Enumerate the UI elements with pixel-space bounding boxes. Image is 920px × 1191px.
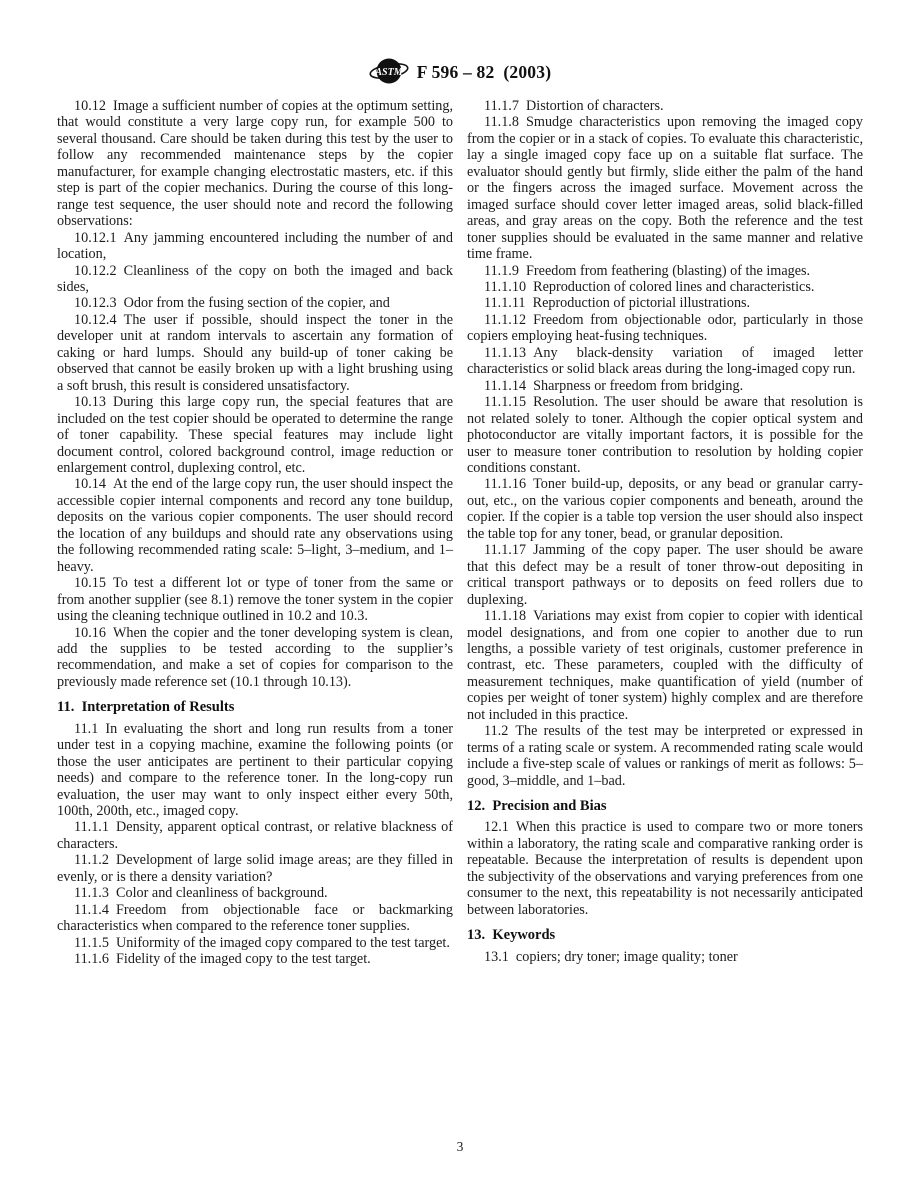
section-heading-12: 12. Precision and Bias: [467, 798, 863, 814]
clause-13-1: 13.1 copiers; dry toner; image quality; …: [467, 949, 863, 965]
page-header: ASTM F 596 – 82 (2003): [0, 54, 920, 90]
clause-11-1-14: 11.1.14 Sharpness or freedom from bridgi…: [467, 378, 863, 394]
clause-10-15: 10.15 To test a different lot or type of…: [57, 575, 453, 624]
page-footer: 3: [0, 1139, 920, 1155]
document-page: ASTM F 596 – 82 (2003) 10.12 Image a suf…: [0, 0, 920, 1191]
section-heading-11: 11. Interpretation of Results: [57, 699, 453, 715]
clause-11-1-5: 11.1.5 Uniformity of the imaged copy com…: [57, 935, 453, 951]
page-number: 3: [457, 1139, 464, 1154]
clause-11-1-8: 11.1.8 Smudge characteristics upon remov…: [467, 114, 863, 262]
clause-10-16: 10.16 When the copier and the toner deve…: [57, 625, 453, 691]
right-column: 11.1.7 Distortion of characters. 11.1.8 …: [467, 98, 863, 968]
clause-11-1-9: 11.1.9 Freedom from feathering (blasting…: [467, 263, 863, 279]
clause-10-12-3: 10.12.3 Odor from the fusing section of …: [57, 295, 453, 311]
clause-12-1: 12.1 When this practice is used to compa…: [467, 819, 863, 918]
clause-11-1-4: 11.1.4 Freedom from objectionable face o…: [57, 902, 453, 935]
clause-11-1-2: 11.1.2 Development of large solid image …: [57, 852, 453, 885]
astm-logo-icon: ASTM: [369, 54, 409, 90]
clause-10-14: 10.14 At the end of the large copy run, …: [57, 476, 453, 575]
clause-11-2: 11.2 The results of the test may be inte…: [467, 723, 863, 789]
clause-11-1-11: 11.1.11 Reproduction of pictorial illust…: [467, 295, 863, 311]
clause-11-1-18: 11.1.18 Variations may exist from copier…: [467, 608, 863, 723]
clause-11-1-16: 11.1.16 Toner build-up, deposits, or any…: [467, 476, 863, 542]
clause-11-1-1: 11.1.1 Density, apparent optical contras…: [57, 819, 453, 852]
clause-11-1-17: 11.1.17 Jamming of the copy paper. The u…: [467, 542, 863, 608]
clause-11-1-7: 11.1.7 Distortion of characters.: [467, 98, 863, 114]
clause-11-1-15: 11.1.15 Resolution. The user should be a…: [467, 394, 863, 476]
clause-11-1-12: 11.1.12 Freedom from objectionable odor,…: [467, 312, 863, 345]
clause-10-13: 10.13 During this large copy run, the sp…: [57, 394, 453, 476]
svg-text:ASTM: ASTM: [374, 67, 403, 78]
clause-10-12: 10.12 Image a sufficient number of copie…: [57, 98, 453, 230]
clause-11-1-13: 11.1.13 Any black-density variation of i…: [467, 345, 863, 378]
clause-10-12-1: 10.12.1 Any jamming encountered includin…: [57, 230, 453, 263]
clause-10-12-2: 10.12.2 Cleanliness of the copy on both …: [57, 263, 453, 296]
clause-11-1: 11.1 In evaluating the short and long ru…: [57, 721, 453, 820]
clause-11-1-10: 11.1.10 Reproduction of colored lines an…: [467, 279, 863, 295]
clause-10-12-4: 10.12.4 The user if possible, should ins…: [57, 312, 453, 394]
section-heading-13: 13. Keywords: [467, 927, 863, 943]
standard-designation: F 596 – 82 (2003): [417, 62, 551, 83]
clause-11-1-6: 11.1.6 Fidelity of the imaged copy to th…: [57, 951, 453, 967]
two-column-body: 10.12 Image a sufficient number of copie…: [57, 98, 863, 968]
clause-11-1-3: 11.1.3 Color and cleanliness of backgrou…: [57, 885, 453, 901]
left-column: 10.12 Image a sufficient number of copie…: [57, 98, 453, 968]
